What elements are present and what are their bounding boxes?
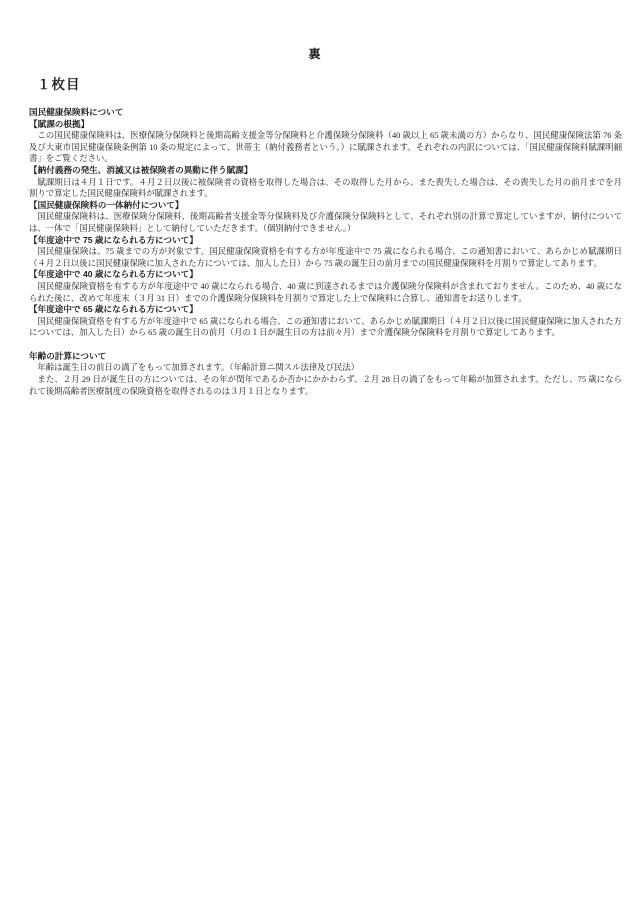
paragraph: 国民健康保険資格を有する方が年度途中で 40 歳になられる場合、40 歳に到達さ… <box>29 281 622 304</box>
paragraph: また、２月 29 日が誕生日の方については、その年が閏年であるか否かにかかわらず… <box>29 374 622 397</box>
paragraph: 国民健康保険資格を有する方が年度途中で 65 歳になられる場合、この通知書におい… <box>29 316 622 339</box>
section: 年齢の計算について年齢は誕生日の前日の満了をもって加算されます。（年齢計算ニ関ス… <box>29 351 622 397</box>
paragraph: この国民健康保険料は、医療保険分保険料と後期高齢支援金等分保険料と介護保険分保険… <box>29 130 622 165</box>
paragraph: 国民健康保険料は、医療保険分保険料、後期高齢者支援金等分保険料及び介護保険分保険… <box>29 211 622 234</box>
document-page: 裏 １枚目 国民健康保険料について【賦課の根拠】この国民健康保険料は、医療保険分… <box>0 0 630 903</box>
page-side-label: 裏 <box>0 0 630 62</box>
block-heading: 【年度途中で 40 歳になられる方について】 <box>29 269 622 281</box>
block-heading: 【国民健康保険料の一体納付について】 <box>29 200 622 212</box>
block-heading: 【年度途中で 65 歳になられる方について】 <box>29 304 622 316</box>
section: 国民健康保険料について【賦課の根拠】この国民健康保険料は、医療保険分保険料と後期… <box>29 107 622 339</box>
document-body: 国民健康保険料について【賦課の根拠】この国民健康保険料は、医療保険分保険料と後期… <box>29 107 622 397</box>
section-title: 国民健康保険料について <box>29 107 622 119</box>
section-title: 年齢の計算について <box>29 351 622 363</box>
paragraph: 国民健康保険は、75 歳までの方が対象です。国民健康保険資格を有する方が年度途中… <box>29 246 622 269</box>
block-heading: 【賦課の根拠】 <box>29 119 622 131</box>
paragraph: 年齢は誕生日の前日の満了をもって加算されます。（年齢計算ニ関スル法律及び民法） <box>29 362 622 374</box>
paragraph: 賦課期日は４月１日です。４月２日以後に被保険者の資格を取得した場合は、その取得し… <box>29 177 622 200</box>
block-heading: 【年度途中で 75 歳になられる方について】 <box>29 235 622 247</box>
block-heading: 【納付義務の発生、消滅又は被保険者の異動に伴う賦課】 <box>29 165 622 177</box>
sheet-number-label: １枚目 <box>37 73 630 93</box>
